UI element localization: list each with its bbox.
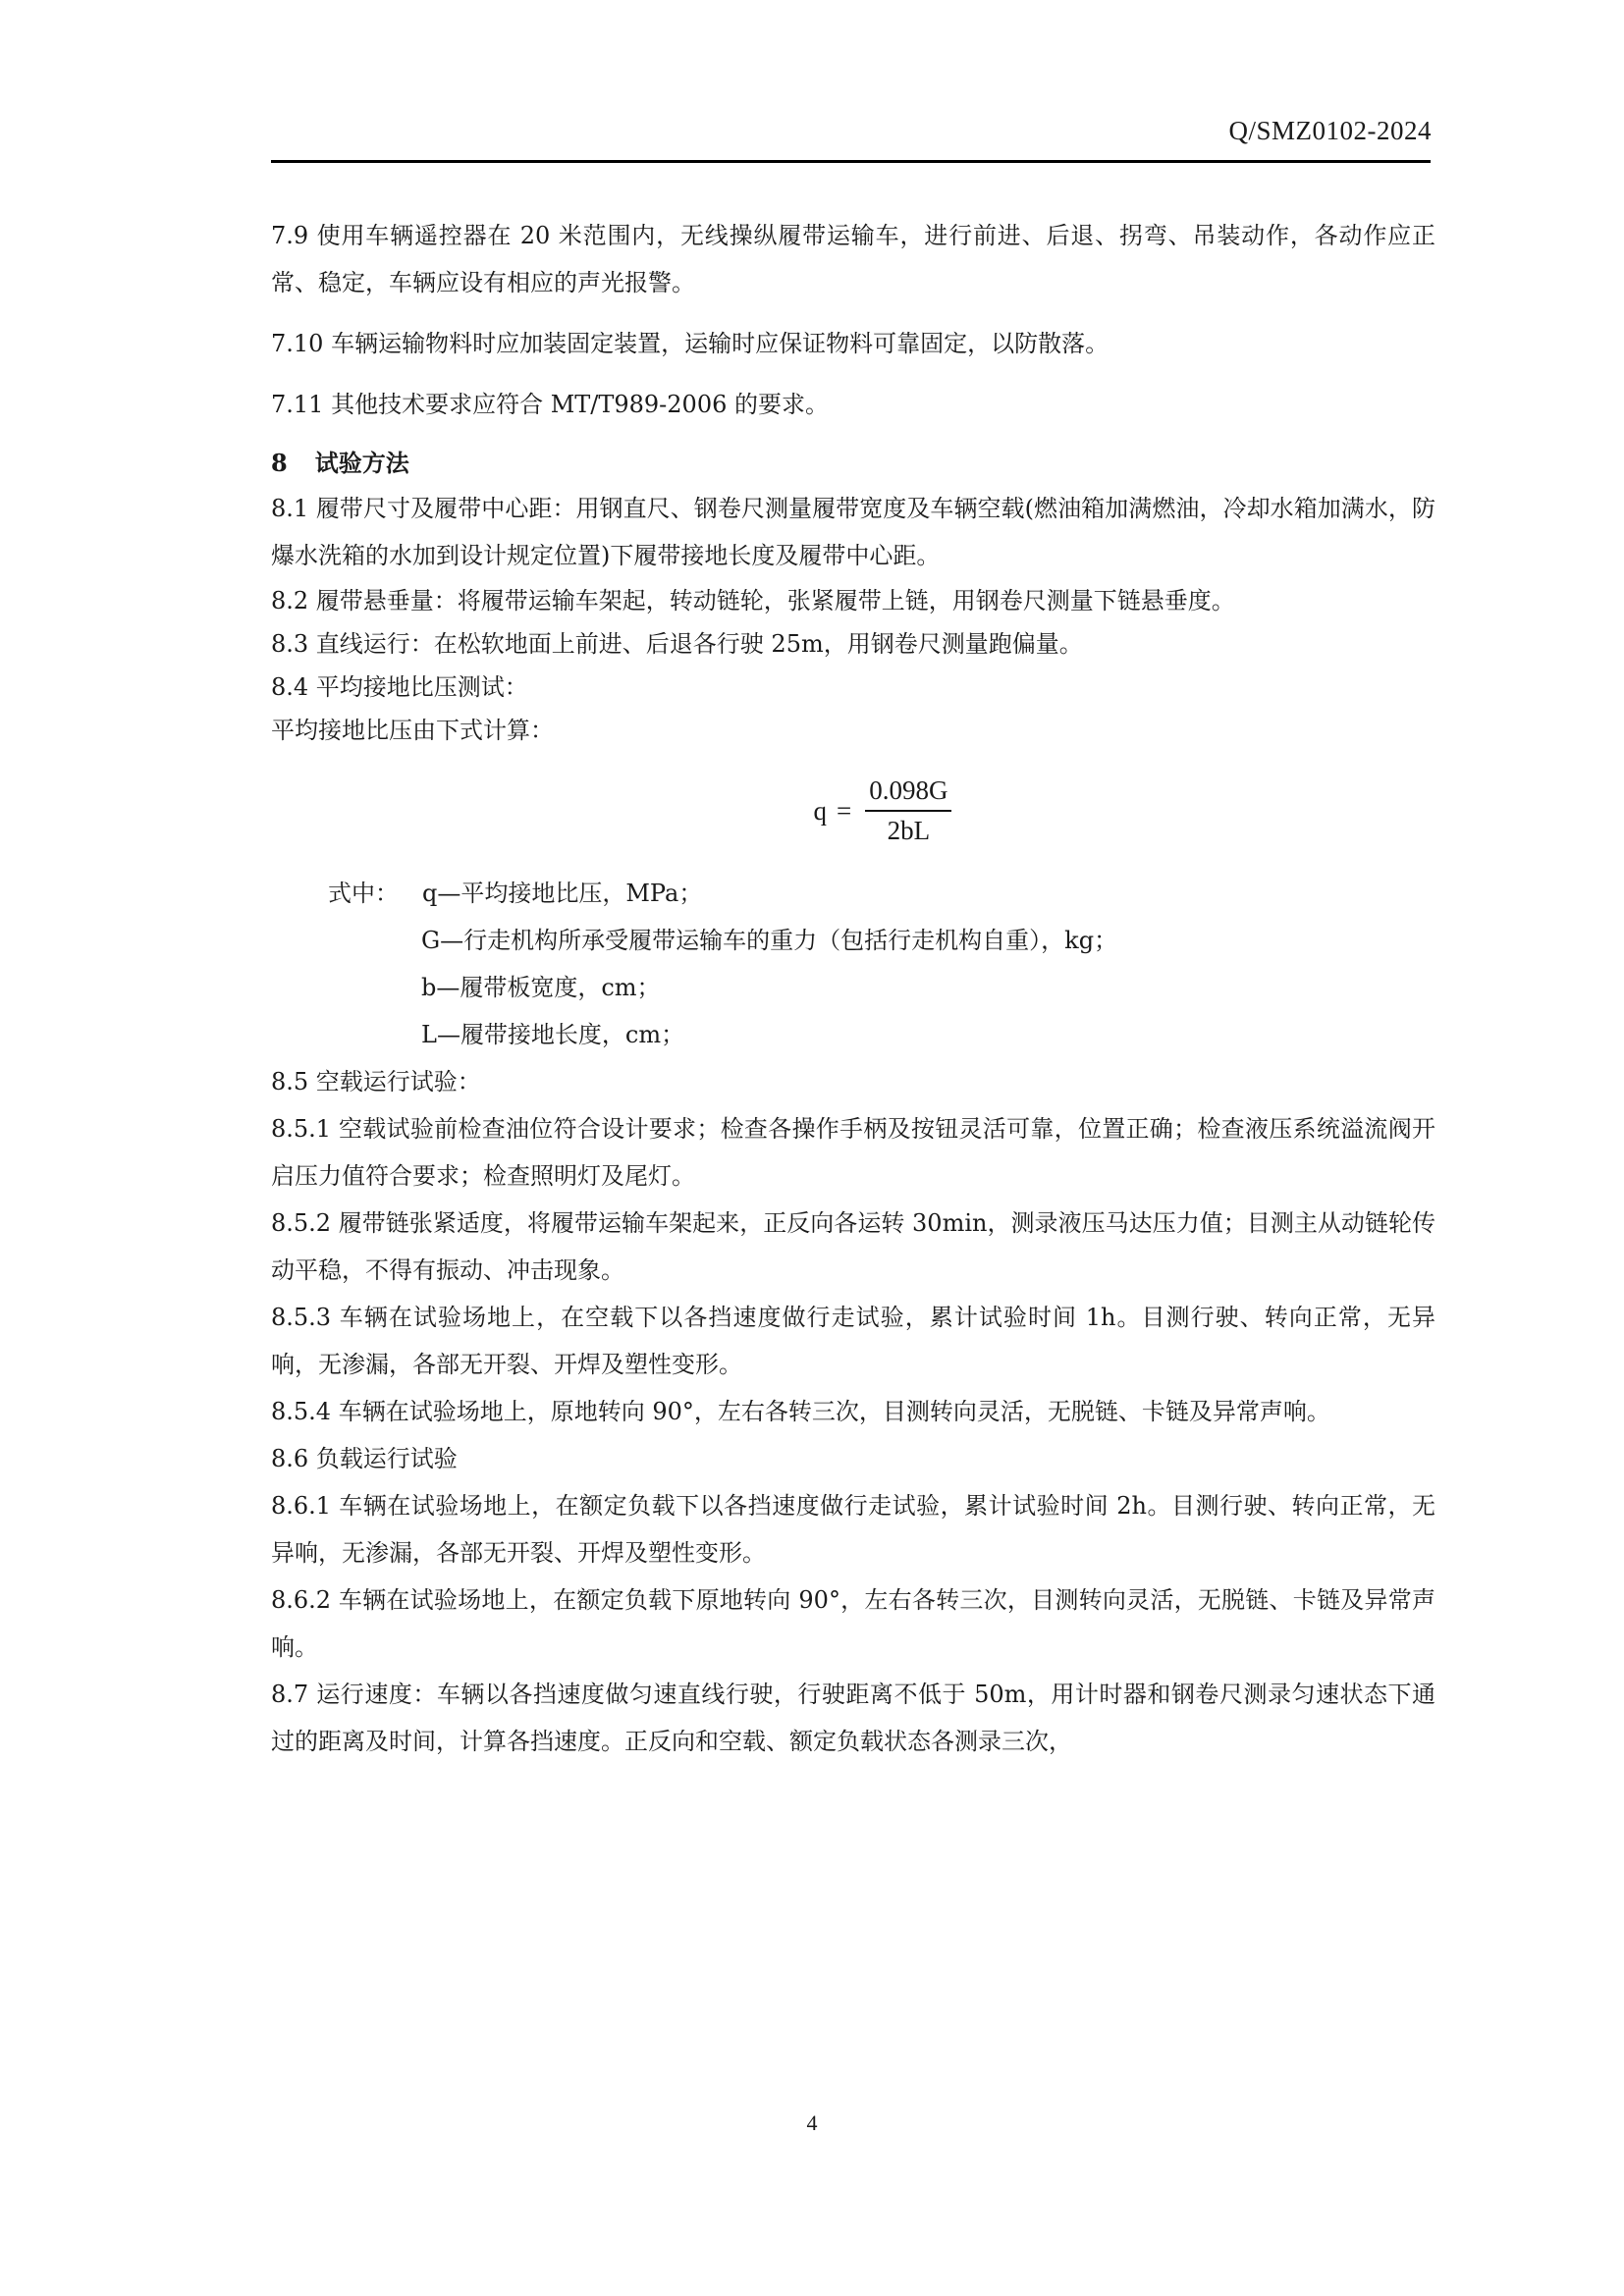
clause-8-6-2: 8.6.2 车辆在试验场地上，在额定负载下原地转向 90°，左右各转三次，目测转…: [271, 1576, 1435, 1671]
clause-8-3: 8.3 直线运行：在松软地面上前进、后退各行驶 25m，用钢卷尺测量跑偏量。: [271, 622, 1435, 666]
clause-8-5-1: 8.5.1 空载试验前检查油位符合设计要求；检查各操作手柄及按钮灵活可靠，位置正…: [271, 1105, 1435, 1200]
formula-denominator: 2bL: [888, 812, 931, 846]
formula-legend-b: b—履带板宽度，cm；: [271, 964, 1435, 1011]
clause-7-10: 7.10 车辆运输物料时应加装固定装置，运输时应保证物料可靠固定，以防散落。: [271, 320, 1435, 367]
page-number: 4: [0, 2110, 1624, 2136]
clause-8-5: 8.5 空载运行试验：: [271, 1058, 1435, 1105]
pressure-formula: q = 0.098G 2bL: [330, 752, 1435, 870]
header-divider: [271, 160, 1431, 163]
formula-fraction: 0.098G 2bL: [865, 775, 951, 846]
clause-7-9: 7.9 使用车辆遥控器在 20 米范围内，无线操纵履带运输车，进行前进、后退、拐…: [271, 212, 1435, 306]
clause-7-11: 7.11 其他技术要求应符合 MT/T989-2006 的要求。: [271, 381, 1435, 428]
legend-q-text: q—平均接地比压，MPa；: [422, 880, 702, 907]
clause-8-2: 8.2 履带悬垂量：将履带运输车架起，转动链轮，张紧履带上链，用钢卷尺测量下链悬…: [271, 579, 1435, 622]
clause-8-4: 8.4 平均接地比压测试：: [271, 666, 1435, 709]
clause-8-6: 8.6 负载运行试验: [271, 1435, 1435, 1482]
clause-8-6-1: 8.6.1 车辆在试验场地上，在额定负载下以各挡速度做行走试验，累计试验时间 2…: [271, 1482, 1435, 1576]
document-body: 7.9 使用车辆遥控器在 20 米范围内，无线操纵履带运输车，进行前进、后退、拐…: [271, 212, 1435, 1765]
formula-equals: =: [837, 796, 851, 827]
formula-legend-L: L—履带接地长度，cm；: [271, 1011, 1435, 1058]
legend-label: 式中：: [328, 880, 399, 907]
clause-8-5-3: 8.5.3 车辆在试验场地上，在空载下以各挡速度做行走试验，累计试验时间 1h。…: [271, 1294, 1435, 1388]
section-8-heading: 8试验方法: [271, 442, 1435, 485]
formula-numerator: 0.098G: [865, 775, 951, 812]
section-title: 试验方法: [315, 449, 409, 477]
formula-legend-q: 式中：q—平均接地比压，MPa；: [271, 870, 1435, 917]
formula-lhs: q: [814, 796, 828, 827]
clause-8-7: 8.7 运行速度：车辆以各挡速度做匀速直线行驶，行驶距离不低于 50m，用计时器…: [271, 1671, 1435, 1765]
formula-legend-G: G—行走机构所承受履带运输车的重力（包括行走机构自重），kg；: [271, 917, 1435, 964]
clause-8-1: 8.1 履带尺寸及履带中心距：用钢直尺、钢卷尺测量履带宽度及车辆空载(燃油箱加满…: [271, 485, 1435, 579]
clause-8-5-4: 8.5.4 车辆在试验场地上，原地转向 90°，左右各转三次，目测转向灵活，无脱…: [271, 1388, 1435, 1435]
clause-8-5-2: 8.5.2 履带链张紧适度，将履带运输车架起来，正反向各运转 30min，测录液…: [271, 1200, 1435, 1294]
section-number: 8: [271, 449, 288, 477]
document-code: Q/SMZ0102-2024: [1228, 116, 1432, 146]
clause-8-4-intro: 平均接地比压由下式计算：: [271, 709, 1435, 752]
